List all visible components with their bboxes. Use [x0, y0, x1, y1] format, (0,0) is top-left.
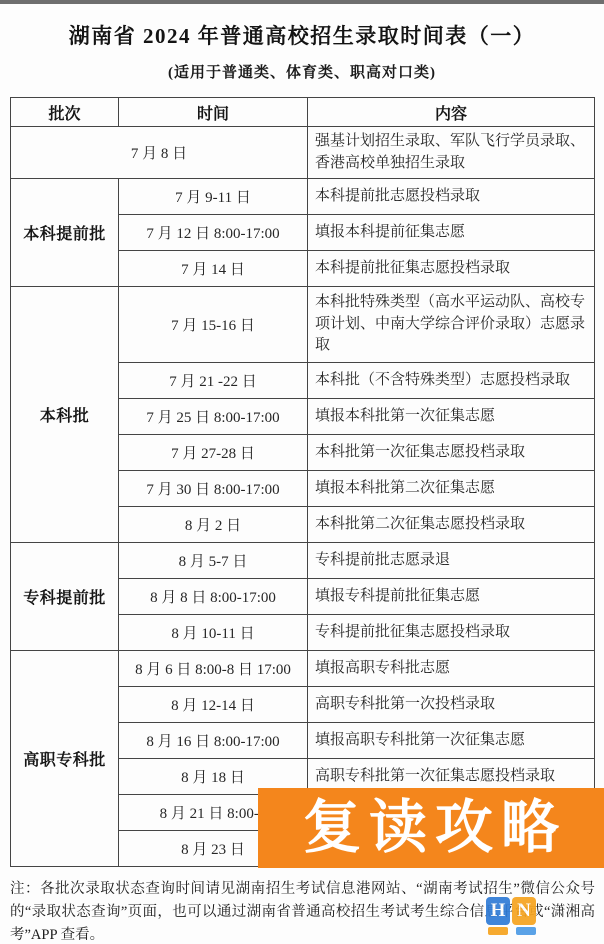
batch-cell: 高职专科批 [11, 651, 119, 867]
header-content: 内容 [308, 98, 595, 127]
content-cell: 强基计划招生录取、军队飞行学员录取、香港高校单独招生录取 [308, 127, 595, 179]
admission-schedule-table: 批次 时间 内容 7 月 8 日 强基计划招生录取、军队飞行学员录取、香港高校单… [10, 97, 594, 867]
content-cell: 填报本科提前征集志愿 [308, 215, 595, 251]
hn-logo-letter-n: N [512, 897, 536, 925]
content-cell: 填报高职专科批第一次征集志愿 [308, 723, 595, 759]
time-cell: 7 月 8 日 [11, 127, 308, 179]
hn-logo: H N [486, 897, 538, 943]
top-strip [0, 0, 604, 4]
time-cell: 8 月 12-14 日 [119, 687, 308, 723]
header-time: 时间 [119, 98, 308, 127]
content-cell: 本科批第二次征集志愿投档录取 [308, 507, 595, 543]
hn-logo-letter-h: H [486, 897, 510, 925]
content-cell: 本科提前批志愿投档录取 [308, 179, 595, 215]
time-cell: 7 月 27-28 日 [119, 435, 308, 471]
page-subtitle: (适用于普通类、体育类、职高对口类) [0, 61, 604, 82]
page-title: 湖南省 2024 年普通高校招生录取时间表（一） [0, 20, 604, 50]
time-cell: 7 月 30 日 8:00-17:00 [119, 471, 308, 507]
time-cell: 8 月 16 日 8:00-17:00 [119, 723, 308, 759]
content-cell: 本科批特殊类型（高水平运动队、高校专项计划、中南大学综合评价录取）志愿录取 [308, 287, 595, 363]
batch-cell: 本科提前批 [11, 179, 119, 287]
header-batch: 批次 [11, 98, 119, 127]
time-cell: 8 月 5-7 日 [119, 543, 308, 579]
promo-banner: 复读攻略 [258, 788, 604, 868]
time-cell: 7 月 9-11 日 [119, 179, 308, 215]
content-cell: 填报专科提前批征集志愿 [308, 579, 595, 615]
batch-cell: 本科批 [11, 287, 119, 543]
table-row: 本科批 7 月 15-16 日 本科批特殊类型（高水平运动队、高校专项计划、中南… [11, 287, 595, 363]
time-cell: 7 月 21 -22 日 [119, 363, 308, 399]
table-row: 本科提前批 7 月 9-11 日 本科提前批志愿投档录取 [11, 179, 595, 215]
time-cell: 7 月 12 日 8:00-17:00 [119, 215, 308, 251]
table-row: 7 月 8 日 强基计划招生录取、军队飞行学员录取、香港高校单独招生录取 [11, 127, 595, 179]
content-cell: 高职专科批第一次投档录取 [308, 687, 595, 723]
time-cell: 7 月 14 日 [119, 251, 308, 287]
content-cell: 填报本科批第二次征集志愿 [308, 471, 595, 507]
time-cell: 7 月 25 日 8:00-17:00 [119, 399, 308, 435]
promo-banner-label: 复读攻略 [295, 799, 567, 857]
content-cell: 填报本科批第一次征集志愿 [308, 399, 595, 435]
content-cell: 本科批（不含特殊类型）志愿投档录取 [308, 363, 595, 399]
header-row: 批次 时间 内容 [11, 98, 595, 127]
content-cell: 本科提前批征集志愿投档录取 [308, 251, 595, 287]
time-cell: 8 月 10-11 日 [119, 615, 308, 651]
hn-logo-bar-orange [488, 927, 508, 935]
content-cell: 填报高职专科批志愿 [308, 651, 595, 687]
table-row: 高职专科批 8 月 6 日 8:00-8 日 17:00 填报高职专科批志愿 [11, 651, 595, 687]
table-row: 专科提前批 8 月 5-7 日 专科提前批志愿录退 [11, 543, 595, 579]
hn-logo-bar-blue [516, 927, 536, 935]
content-cell: 专科提前批志愿录退 [308, 543, 595, 579]
time-cell: 8 月 2 日 [119, 507, 308, 543]
time-cell: 8 月 6 日 8:00-8 日 17:00 [119, 651, 308, 687]
batch-cell: 专科提前批 [11, 543, 119, 651]
content-cell: 专科提前批征集志愿投档录取 [308, 615, 595, 651]
time-cell: 7 月 15-16 日 [119, 287, 308, 363]
content-cell: 本科批第一次征集志愿投档录取 [308, 435, 595, 471]
time-cell: 8 月 8 日 8:00-17:00 [119, 579, 308, 615]
